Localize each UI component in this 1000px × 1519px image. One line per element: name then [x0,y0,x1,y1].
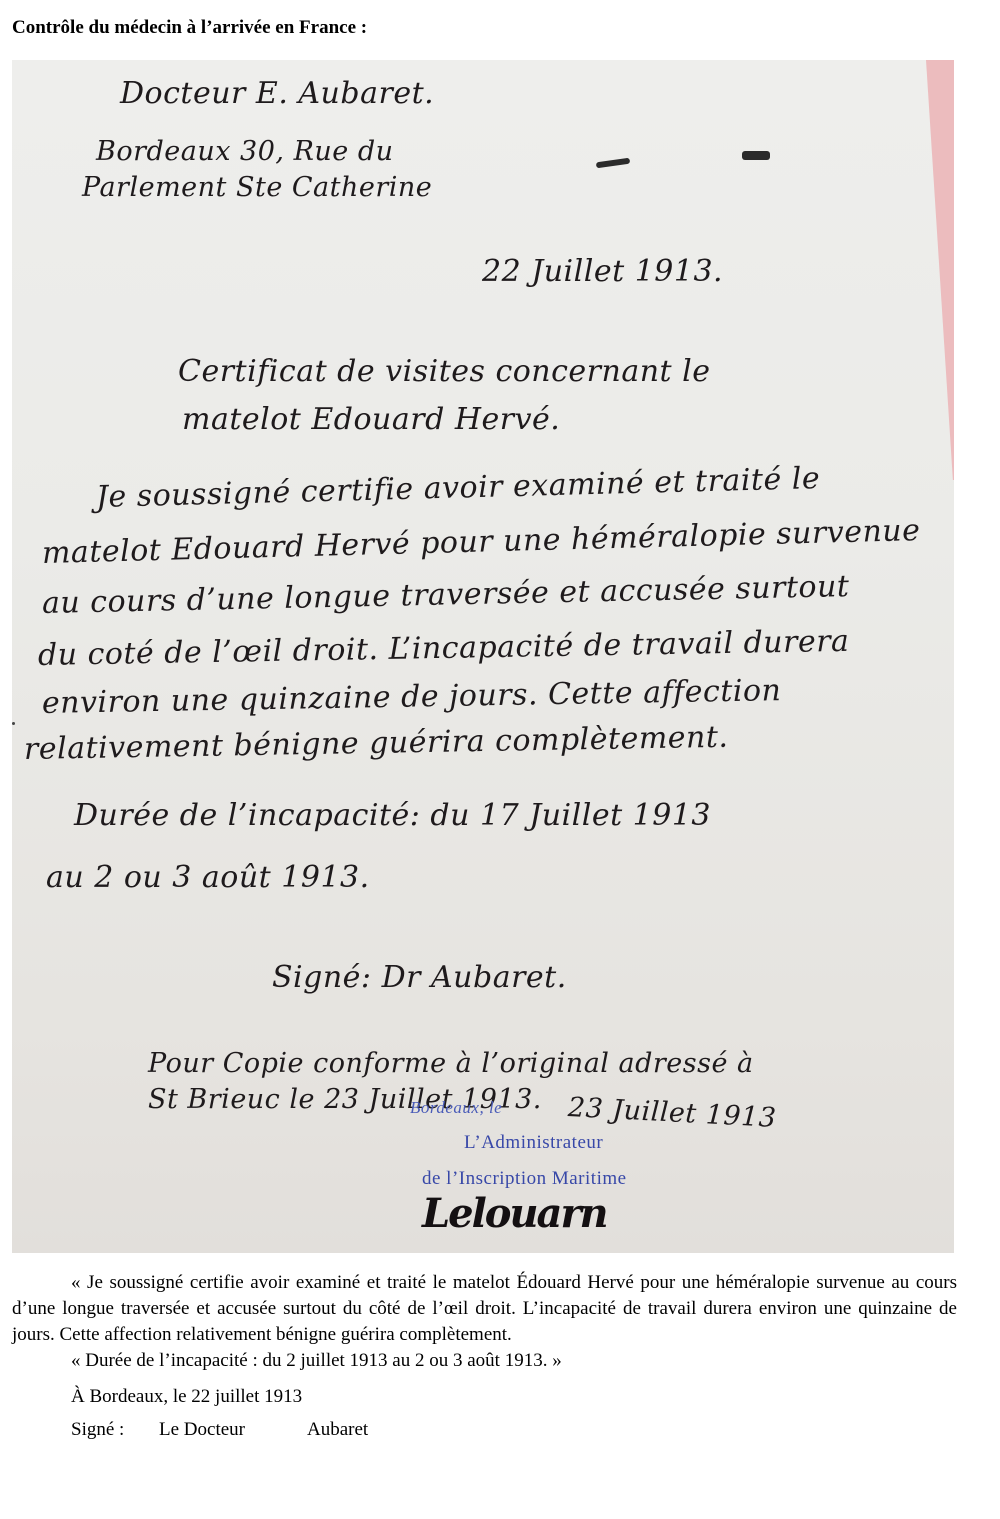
signed-title: Le Docteur [159,1419,307,1441]
transcript-place-date: À Bordeaux, le 22 juillet 1913 [71,1386,302,1408]
transcript-signature-line: Signé :Le DocteurAubaret [71,1419,368,1441]
hw-body-line: relativement bénigne guérira complètemen… [24,720,729,767]
administrator-signature: Lelouarn [422,1190,607,1237]
hw-body-line: Je soussigné certifie avoir examiné et t… [96,461,821,515]
transcript: « Je soussigné certifie avoir examiné et… [12,1270,957,1374]
ink-dot [12,722,15,725]
hw-address-line2: Parlement Ste Catherine [82,172,432,203]
hw-body-line: au cours d’une longue traversée et accus… [42,569,850,621]
pink-backing-paper [926,60,954,480]
hw-title-line2: matelot Edouard Hervé. [182,402,560,437]
hw-duration-line2: au 2 ou 3 août 1913. [46,860,370,895]
hw-copy-line1: Pour Copie conforme à l’original adressé… [148,1048,754,1079]
hw-body-line: du coté de l’œil droit. L’incapacité de … [38,624,850,673]
staple-right [742,151,770,160]
transcript-paragraph-2: « Durée de l’incapacité : du 2 juillet 1… [12,1348,957,1374]
hw-signed: Signé: Dr Aubaret. [272,960,567,995]
signed-label: Signé : [71,1419,159,1441]
hw-doctor-name: Docteur E. Aubaret. [120,76,434,111]
hw-title-line1: Certificat de visites concernant le [178,354,711,389]
stamp-place: Bordeaux, le [410,1098,502,1118]
staple-left [596,158,631,169]
stamp-line2: de l’Inscription Maritime [422,1168,627,1190]
hw-duration-line1: Durée de l’incapacité: du 17 Juillet 191… [74,798,711,833]
signed-name: Aubaret [307,1419,368,1441]
page-heading: Contrôle du médecin à l’arrivée en Franc… [12,16,367,40]
hw-address-line1: Bordeaux 30, Rue du [96,136,394,167]
stamp-line1: L’Administrateur [464,1132,603,1154]
transcript-paragraph-1: « Je soussigné certifie avoir examiné et… [12,1270,957,1348]
hw-date: 22 Juillet 1913. [482,254,723,289]
certificate-photo: Docteur E. Aubaret. Bordeaux 30, Rue du … [12,60,954,1253]
hw-body-line: environ une quinzaine de jours. Cette af… [42,673,782,721]
hw-body-line: matelot Edouard Hervé pour une héméralop… [42,513,921,571]
hw-stamp-date: 23 Juillet 1913 [567,1092,777,1134]
